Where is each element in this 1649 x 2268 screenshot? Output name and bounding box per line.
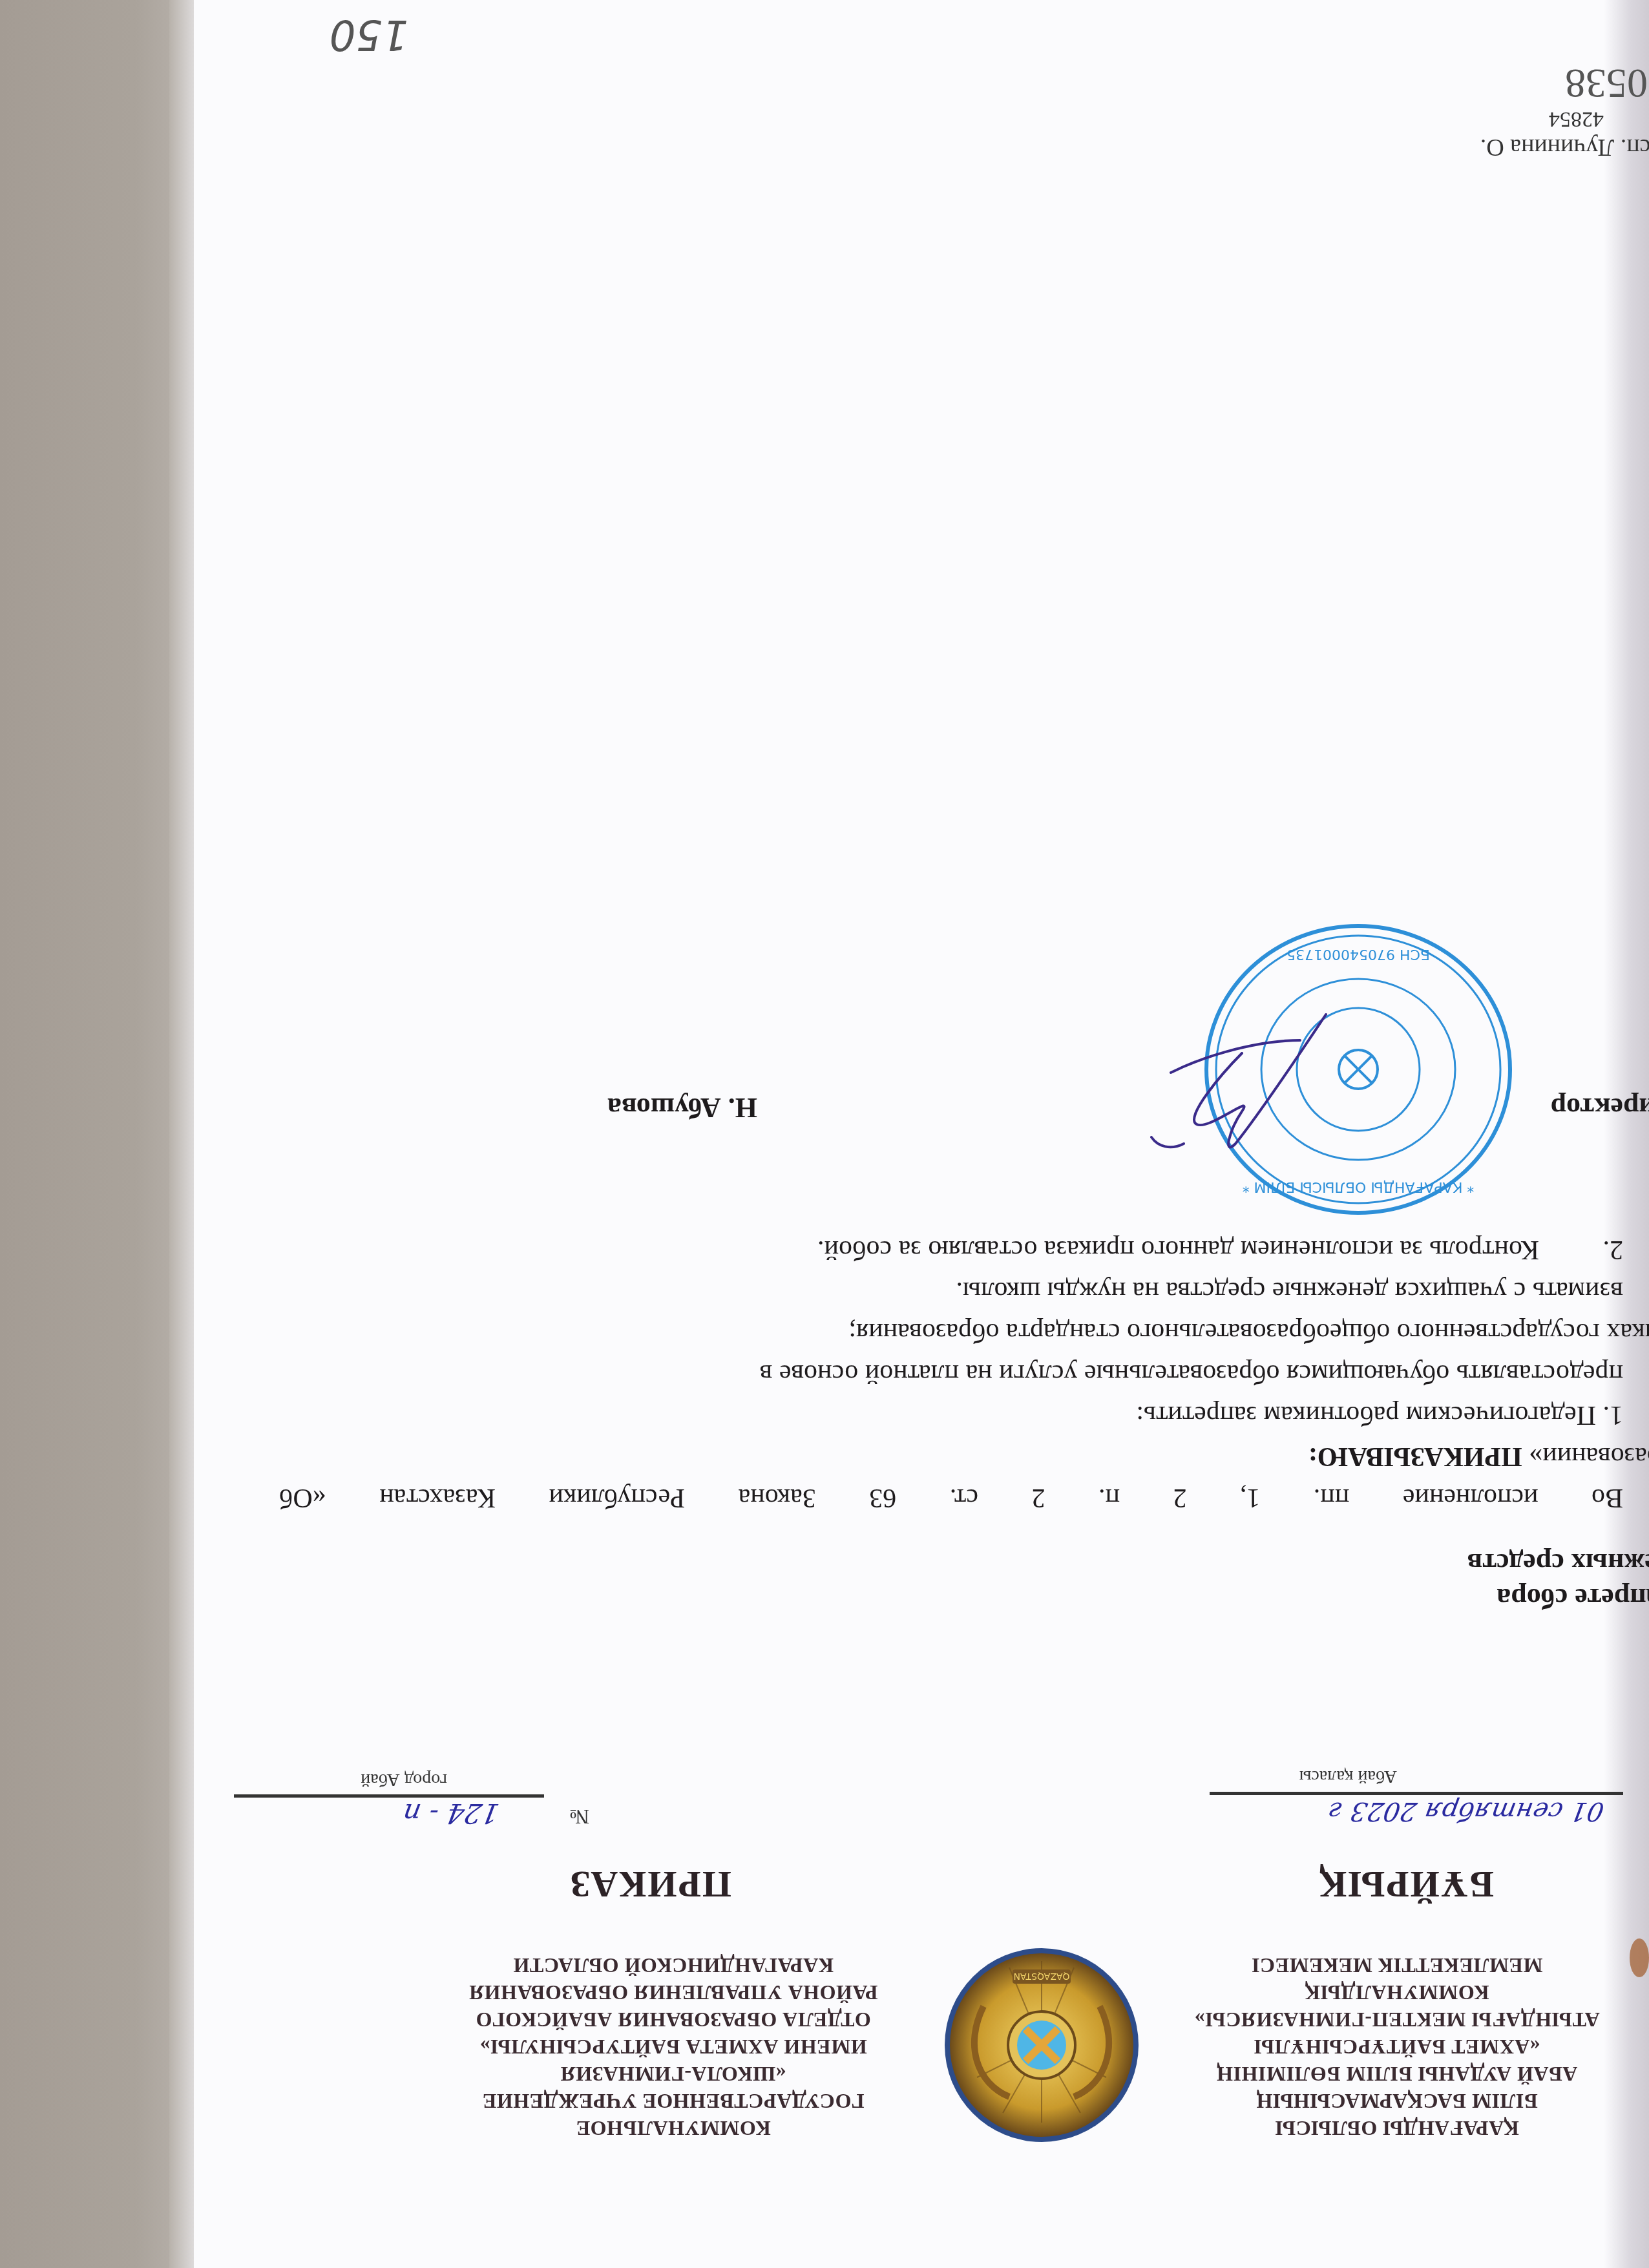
scanned-page: Қарағанды облысы білім басқармасының Аба…	[194, 0, 1649, 2268]
city-russian: город Абай	[361, 1769, 447, 1790]
header-kz-line: атындағы мектеп-гимназиясы»	[1151, 2006, 1643, 2033]
bullet-item: -взимать с учащихся денежные средства на…	[279, 1270, 1649, 1312]
executor-phone: 42854	[1480, 105, 1649, 133]
preamble-line: Во исполнение пп. 1, 2 п. 2 ст. 63 Закон…	[279, 1477, 1649, 1518]
order-body: Во исполнение пп. 1, 2 п. 2 ст. 63 Закон…	[279, 1229, 1649, 1518]
director-label: Директор	[1551, 1091, 1649, 1124]
subject-line: денежных средств	[1467, 1546, 1649, 1580]
header-ru-line: Карагандинской области	[428, 1952, 919, 1979]
order-document: Қарағанды облысы білім басқармасының Аба…	[194, 0, 1649, 2268]
city-kazakh: Абай қаласы	[1299, 1766, 1397, 1787]
executor-name: Исп. Лучинина О.	[1480, 134, 1649, 161]
date-field: 01 сентября 2023 г	[1210, 1792, 1623, 1829]
preamble-text: образовании»	[1522, 1442, 1649, 1471]
document-code: 00538	[1480, 62, 1649, 105]
signature-icon	[1145, 1002, 1339, 1170]
title-russian: ПРИКАЗ	[569, 1863, 731, 1906]
state-emblem-icon: QAZAQSTAN	[938, 1942, 1145, 2148]
header-ru-line: района управления образования	[428, 1979, 919, 2006]
preamble-line-2: образовании» ПРИКАЗЫВАЮ:	[279, 1436, 1649, 1477]
svg-text:* ҚАРАҒАНДЫ ОБЛЫСЫ БІЛІМ *: * ҚАРАҒАНДЫ ОБЛЫСЫ БІЛІМ *	[1243, 1179, 1475, 1195]
bullet-text: предоставлять обучающимся образовательны…	[759, 1359, 1623, 1389]
item-2-number: 2.	[1539, 1229, 1623, 1270]
svg-text:БСН 970540001735: БСН 970540001735	[1287, 946, 1430, 962]
svg-text:QAZAQSTAN: QAZAQSTAN	[1014, 1971, 1070, 1981]
header-kz-line: Абай ауданы білім бөлімінің	[1151, 2061, 1643, 2088]
header-kazakh: Қарағанды облысы білім басқармасының Аба…	[1151, 1952, 1643, 2142]
header-russian: Коммунальное государственное учреждение …	[428, 1952, 919, 2142]
order-subject: О запрете сбора денежных средств	[1467, 1546, 1649, 1615]
header-ru-line: «Школа-гимназия	[428, 2061, 919, 2088]
order-number-field: 124 - п	[234, 1794, 544, 1829]
header-kz-line: білім басқармасының	[1151, 2088, 1643, 2115]
scanner-background	[0, 0, 194, 2268]
order-directive: ПРИКАЗЫВАЮ:	[1308, 1442, 1522, 1471]
header-kz-line: «Ахмет Байтұрсынұлы	[1151, 2033, 1643, 2061]
header-ru-line: имени Ахмета Байтурсынулы»	[428, 2033, 919, 2061]
bullet-item: -предоставлять обучающимся образовательн…	[279, 1353, 1649, 1394]
page-number-handwritten: 150	[330, 10, 408, 58]
bullet-text: взимать с учащихся денежные средства на …	[956, 1276, 1623, 1306]
header-kz-line: коммуналдық	[1151, 1979, 1643, 2006]
item-2: 2.Контроль за исполнением данного приказ…	[279, 1229, 1649, 1270]
header-kz-line: Қарағанды облысы	[1151, 2115, 1643, 2142]
executor-block: Исп. Лучинина О. 42854 00538	[1480, 62, 1649, 162]
dash-marker: -	[1623, 1270, 1649, 1312]
header-ru-line: Коммунальное	[428, 2115, 919, 2142]
date-handwritten: 01 сентября 2023 г	[1327, 1796, 1607, 1826]
title-kazakh: БҰЙРЫҚ	[1318, 1863, 1494, 1906]
bullet-continuation: рамках государственного общеобразователь…	[279, 1312, 1649, 1353]
subject-line: О запрете сбора	[1467, 1580, 1649, 1615]
item-1: 1. Педагогическим работникам запретить:	[279, 1394, 1649, 1436]
number-label: №	[569, 1805, 589, 1829]
item-2-text: Контроль за исполнением данного приказа …	[817, 1235, 1539, 1265]
header-kz-line: мемлекеттік мекемесі	[1151, 1952, 1643, 1979]
dash-marker: -	[1623, 1353, 1649, 1394]
header-ru-line: государственное учреждение	[428, 2088, 919, 2115]
director-name: Н. Абушова	[607, 1091, 757, 1124]
header-ru-line: отдела образования Абайского	[428, 2006, 919, 2033]
order-number-handwritten: 124 - п	[401, 1798, 502, 1829]
